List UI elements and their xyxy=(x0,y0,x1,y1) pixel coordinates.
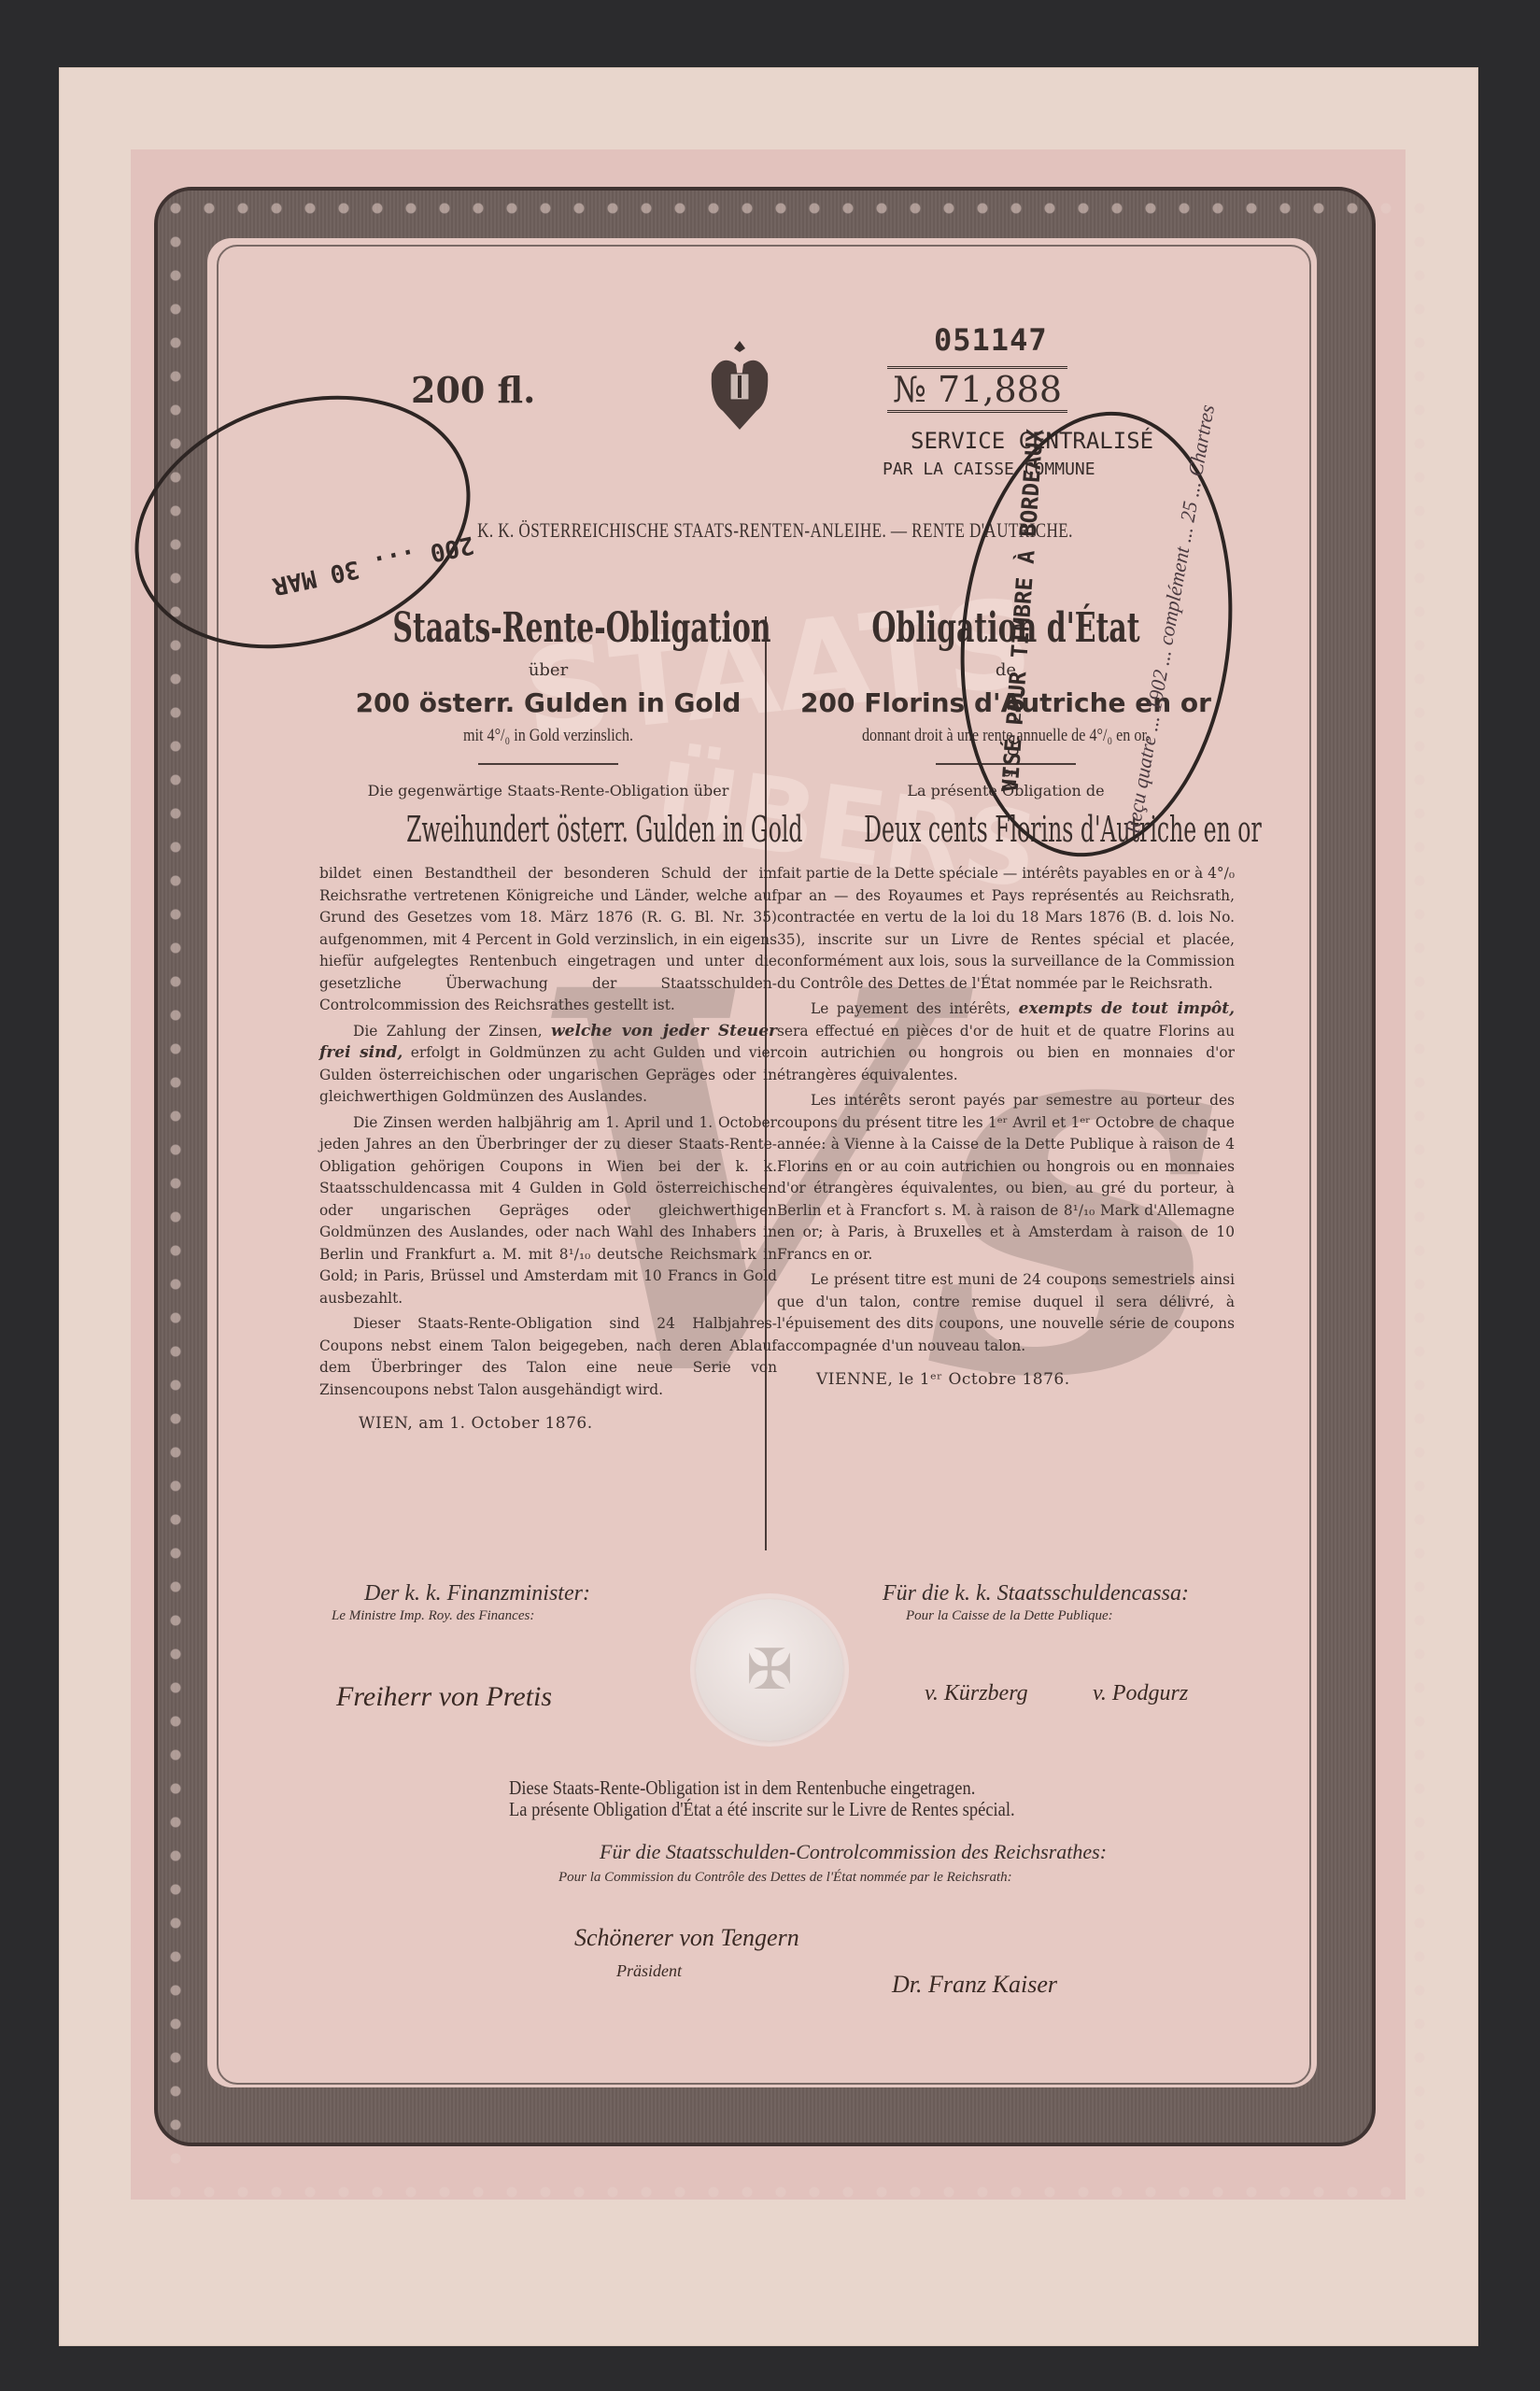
registered-german: Diese Staats-Rente-Obligation ist in dem… xyxy=(509,1776,975,1800)
cassa-sublabel: Pour la Caisse de la Dette Publique: xyxy=(906,1608,1113,1624)
german-paragraph-3: Die Zinsen werden halbjährig am 1. April… xyxy=(319,1112,777,1310)
embossed-seal-icon: ✠ xyxy=(696,1599,843,1741)
bond-number: № 71,888 xyxy=(887,366,1067,413)
german-title: Staats-Rente-Obligation xyxy=(392,602,703,655)
minister-label: Der k. k. Finanzminister: xyxy=(364,1581,590,1606)
german-column: Staats-Rente-Obligation über 200 österr.… xyxy=(319,602,777,1433)
commission-signature-1: Schönerer von Tengern xyxy=(574,1924,799,1952)
french-paragraph-2: Le payement des intérêts, exempts de tou… xyxy=(777,998,1235,1086)
german-paragraph-4: Dieser Staats-Rente-Obligation sind 24 H… xyxy=(319,1313,777,1401)
german-paragraph-1: bildet einen Bestandtheil der besonderen… xyxy=(319,863,777,1017)
german-amount: 200 österr. Gulden in Gold xyxy=(319,687,777,718)
cassa-signature-1: v. Kürzberg xyxy=(925,1681,1028,1706)
cassa-label: Für die k. k. Staatsschuldencassa: xyxy=(883,1581,1189,1606)
french-paragraph-3: Les intérêts seront payés par semestre a… xyxy=(777,1090,1235,1266)
commission-sublabel: Pour la Commission du Contrôle des Dette… xyxy=(558,1870,1012,1886)
ornament-rule xyxy=(478,763,618,765)
french-paragraph-1: fait partie de la Dette spéciale — intér… xyxy=(777,863,1235,995)
french-date: VIENNE, le 1ᵉʳ Octobre 1876. xyxy=(816,1370,1235,1389)
minister-signature: Freiherr von Pretis xyxy=(336,1681,552,1713)
minister-sublabel: Le Ministre Imp. Roy. des Finances: xyxy=(332,1608,534,1624)
german-intro: Die gegenwärtige Staats-Rente-Obligation… xyxy=(319,782,777,799)
german-rate: mit 4°/₀ in Gold verzinslich. xyxy=(354,726,743,746)
commission-label: Für die Staatsschulden-Controlcommission… xyxy=(600,1840,1107,1864)
serial-number: 051147 xyxy=(934,322,1048,358)
commission-signature-1-title: Präsident xyxy=(616,1961,682,1981)
commission-signature-2: Dr. Franz Kaiser xyxy=(892,1971,1057,1999)
german-date: WIEN, am 1. October 1876. xyxy=(359,1414,777,1433)
double-headed-eagle-icon xyxy=(702,336,777,439)
denomination: 200 fl. xyxy=(411,369,535,411)
german-amount-words: Zweihundert österr. Gulden in Gold xyxy=(406,805,690,854)
registered-french: La présente Obligation d'État a été insc… xyxy=(509,1798,1015,1821)
german-paragraph-2: Die Zahlung der Zinsen, welche von jeder… xyxy=(319,1021,777,1109)
cassa-signature-2: v. Podgurz xyxy=(1093,1681,1188,1706)
german-uber: über xyxy=(319,660,777,680)
french-paragraph-4: Le présent titre est muni de 24 coupons … xyxy=(777,1269,1235,1357)
